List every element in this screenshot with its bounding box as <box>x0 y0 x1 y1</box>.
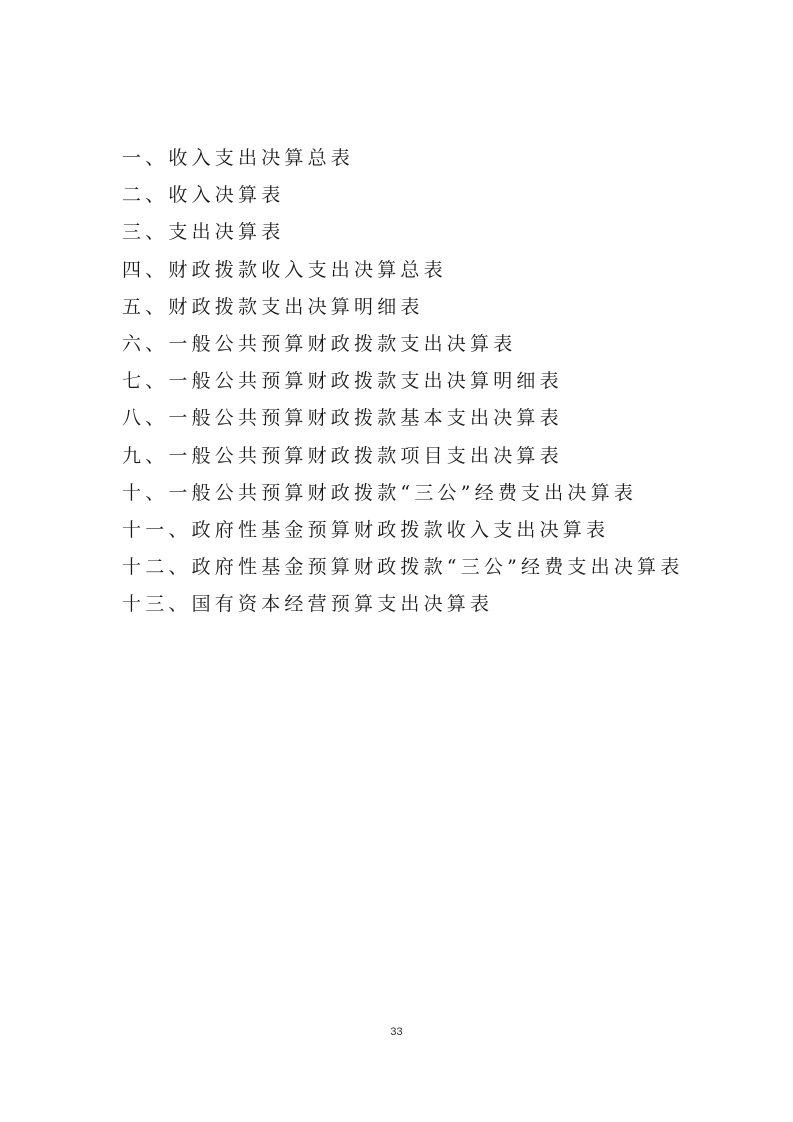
toc-item: 二、收入决算表 <box>122 180 683 217</box>
toc-item: 十二、政府性基金预算财政拨款“三公”经费支出决算表 <box>122 552 683 589</box>
toc-item: 十三、国有资本经营预算支出决算表 <box>122 589 683 626</box>
toc-item: 四、财政拨款收入支出决算总表 <box>122 255 683 292</box>
toc-item: 一、收入支出决算总表 <box>122 143 683 180</box>
document-page: 一、收入支出决算总表 二、收入决算表 三、支出决算表 四、财政拨款收入支出决算总… <box>0 0 793 1122</box>
toc-item: 五、财政拨款支出决算明细表 <box>122 292 683 329</box>
toc-item: 六、一般公共预算财政拨款支出决算表 <box>122 329 683 366</box>
toc-item: 九、一般公共预算财政拨款项目支出决算表 <box>122 441 683 478</box>
toc-item: 七、一般公共预算财政拨款支出决算明细表 <box>122 366 683 403</box>
table-of-contents: 一、收入支出决算总表 二、收入决算表 三、支出决算表 四、财政拨款收入支出决算总… <box>122 143 683 626</box>
toc-item: 八、一般公共预算财政拨款基本支出决算表 <box>122 403 683 440</box>
toc-item: 三、支出决算表 <box>122 217 683 254</box>
toc-item: 十一、政府性基金预算财政拨款收入支出决算表 <box>122 515 683 552</box>
toc-item: 十、一般公共预算财政拨款“三公”经费支出决算表 <box>122 478 683 515</box>
page-number: 33 <box>0 1026 793 1038</box>
